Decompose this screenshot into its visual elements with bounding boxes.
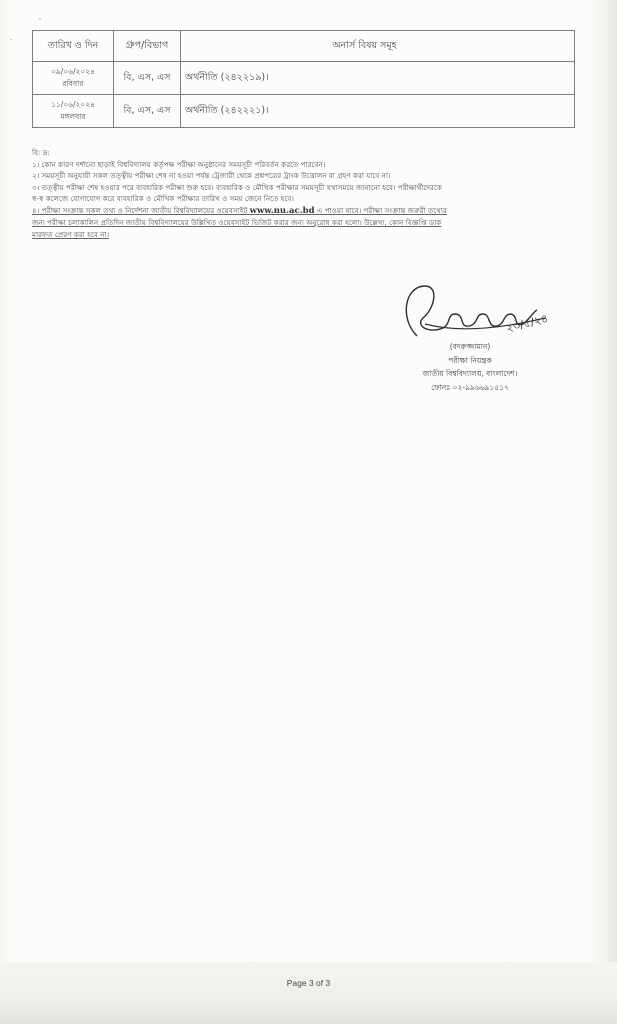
note-item-4-text: ৪। পরীক্ষা সংক্রান্ত সকল তথ্য ও নির্দেশন… xyxy=(32,206,250,215)
header-subjects: অনার্স বিষয় সমূহ xyxy=(181,31,575,62)
scan-speck: ' xyxy=(39,17,41,25)
signatory-designation: পরীক্ষা নিয়ন্ত্রক xyxy=(395,354,545,368)
signature-block: ২৩/৫/২৪ (বদরুজ্জামান) পরীক্ষা নিয়ন্ত্রক… xyxy=(395,278,585,398)
cell-subject: অর্থনীতি (২৪২২১৯)। xyxy=(181,62,575,95)
page-number: Page 3 of 3 xyxy=(0,978,617,988)
note-item-4-text-post: এ পাওয়া যাবে। পরীক্ষা সংক্রান্ত জরুরী ত… xyxy=(315,206,447,215)
cell-date: ০৯/০৬/২০২৪ রবিবার xyxy=(33,62,114,95)
table-row: ০৯/০৬/২০২৪ রবিবার বি, এস, এস অর্থনীতি (২… xyxy=(33,62,575,95)
notes-section: বি: দ্র: ১। কোন কারণ দর্শানো ছাড়াই বিশ্… xyxy=(32,147,577,244)
note-item-3: ৩। তত্ত্বীয় পরীক্ষা শেষ হওয়ার পরে ব্যব… xyxy=(32,182,577,194)
cell-group: বি, এস, এস xyxy=(114,62,181,95)
signatory-phone: ফোনঃ ০২-৯৯৬৬৯১৫১৭ xyxy=(395,381,545,395)
website-link[interactable]: www.nu.ac.bd xyxy=(250,206,315,216)
handwritten-signature-icon: ২৩/৫/২৪ xyxy=(395,278,575,348)
header-date-day: তারিখ ও দিন xyxy=(33,31,114,62)
note-item-4-line2: জন্য পরীক্ষা চলাকালিন প্রতিদিন জাতীয় বি… xyxy=(32,217,577,229)
exam-day: রবিবার xyxy=(37,78,109,90)
exam-schedule-table: তারিখ ও দিন গ্রুপ/বিভাগ অনার্স বিষয় সমূ… xyxy=(32,30,575,128)
signatory-organization: জাতীয় বিশ্ববিদ্যালয়, বাংলাদেশ। xyxy=(395,367,545,381)
exam-date: ১১/০৬/২০২৪ xyxy=(37,99,109,111)
header-group-dept: গ্রুপ/বিভাগ xyxy=(114,31,181,62)
table-header-row: তারিখ ও দিন গ্রুপ/বিভাগ অনার্স বিষয় সমূ… xyxy=(33,31,575,62)
exam-date: ০৯/০৬/২০২৪ xyxy=(37,66,109,78)
scan-shadow xyxy=(0,962,617,1024)
signatory-details: (বদরুজ্জামান) পরীক্ষা নিয়ন্ত্রক জাতীয় … xyxy=(395,340,545,394)
exam-day: মঙ্গলবার xyxy=(37,111,109,123)
cell-date: ১১/০৬/২০২৪ মঙ্গলবার xyxy=(33,95,114,128)
cell-subject: অর্থনীতি (২৪২২২১)। xyxy=(181,95,575,128)
cell-group: বি, এস, এস xyxy=(114,95,181,128)
notes-heading: বি: দ্র: xyxy=(32,147,577,159)
scan-speck: . xyxy=(10,34,12,42)
note-item-1: ১। কোন কারণ দর্শানো ছাড়াই বিশ্ববিদ্যালয… xyxy=(32,159,577,171)
note-item-3-cont: স্ব-স্ব কলেজে যোগাযোগ করে ব্যবহারিক ও মৌ… xyxy=(32,193,577,205)
note-item-4-line3: মারফত প্রেরণ করা হবে না। xyxy=(32,229,109,241)
note-item-4-line1: ৪। পরীক্ষা সংক্রান্ত সকল তথ্য ও নির্দেশন… xyxy=(32,205,577,218)
signatory-name: (বদরুজ্জামান) xyxy=(395,340,545,354)
table-row: ১১/০৬/২০২৪ মঙ্গলবার বি, এস, এস অর্থনীতি … xyxy=(33,95,575,128)
note-item-2: ২। সময়সূচী অনুযায়ী সকল তত্ত্বীয় পরীক্… xyxy=(32,170,577,182)
signature-date: ২৩/৫/২৪ xyxy=(505,312,550,335)
document-page: ' . তারিখ ও দিন গ্রুপ/বিভাগ অনার্স বিষয়… xyxy=(0,0,617,1024)
